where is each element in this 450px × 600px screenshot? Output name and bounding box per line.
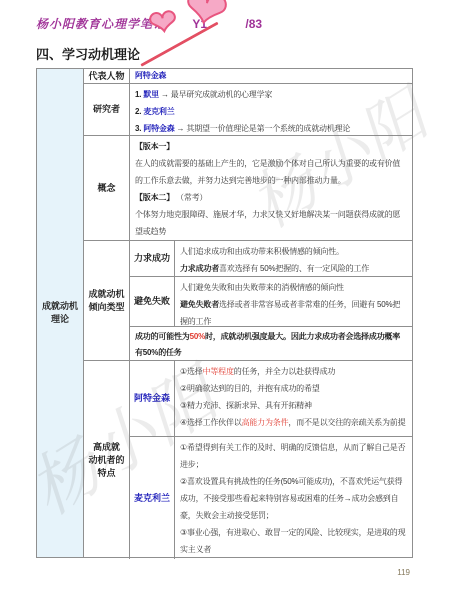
researcher-number: 2. <box>135 107 141 116</box>
mcclelland-item: ③事业心强，有进取心、敢冒一定的风险、比较现实，是进取的现实主义者 <box>180 524 407 558</box>
success-label: 力求成功 <box>130 241 175 276</box>
researcher-item: 1. 默里 → 最早研究成就动机的心理学家 <box>135 86 407 103</box>
table-row-concept: 概念 【版本一】 在人的成就需要的基础上产生的，它是激励个体对自己所认为重要的或… <box>84 136 412 241</box>
mcclelland-label: 麦克利兰 <box>130 437 175 559</box>
researcher-desc: 最早研究成就动机的心理学家 <box>171 90 272 99</box>
item-text: ④选择工作伙伴以 <box>180 418 242 427</box>
researcher-name: 默里 <box>143 90 159 99</box>
item-red-text: 高能力为条件 <box>242 418 289 427</box>
atkinson-cell: ①选择中等程度的任务，并全力以赴获得成功 ②明确欲达到的目的，并抱有成功的希望 … <box>175 361 412 436</box>
tendency-success-row: 力求成功 人们追求成功和由成功带来积极情感的倾向性。 力求成功者喜欢选择有 50… <box>130 241 412 277</box>
representative-label: 代表人物 <box>84 69 130 83</box>
notebook-title: 杨小阳教育心理学笔记 <box>36 17 166 31</box>
failure-line1: 人们避免失败和由失败带来的消极情感的倾向性 <box>180 279 407 296</box>
table-topic-cell: 成就动机 理论 <box>37 69 84 557</box>
item-red-text: 中等程度 <box>203 367 234 376</box>
failure-bold-term: 避免失败者 <box>180 300 219 309</box>
researcher-name: 麦克利兰 <box>143 107 174 116</box>
table-row-tendency: 成就动机 倾向类型 力求成功 人们追求成功和由成功带来积极情感的倾向性。 力求成… <box>84 241 412 361</box>
success-bold-term: 力求成功者 <box>180 264 219 273</box>
concept-version2-note: （常考） <box>176 193 207 202</box>
researcher-desc: 其期望一价值理论是第一个系统的成就动机理论 <box>186 124 350 133</box>
representative-value: 阿特金森 <box>135 71 166 80</box>
researcher-item: 2. 麦克利兰 <box>135 103 407 120</box>
success-cell: 人们追求成功和由成功带来积极情感的倾向性。 力求成功者喜欢选择有 50%把握的、… <box>175 241 412 276</box>
researchers-cell: 1. 默里 → 最早研究成就动机的心理学家 2. 麦克利兰 3. 阿特金森 → … <box>130 84 412 135</box>
success-rest: 喜欢选择有 50%把握的、有一定风险的工作 <box>219 264 369 273</box>
mcclelland-item: ①希望得到有关工作的及时、明确的反馈信息，从而了解自己是否进步； <box>180 439 407 473</box>
researchers-label: 研究者 <box>84 84 130 135</box>
atkinson-item: ③精力充沛、探新求异、具有开拓精神 <box>180 397 407 414</box>
researcher-name: 阿特金森 <box>143 124 174 133</box>
motivation-theory-table: 成就动机 理论 代表人物 阿特金森 研究者 1. 默里 → 最早研究成就动机的心… <box>36 68 413 558</box>
tendency-label: 成就动机 倾向类型 <box>84 241 130 360</box>
failure-cell: 人们避免失败和由失败带来的消极情感的倾向性 避免失败者选择或者非常容易或者非常难… <box>175 277 412 326</box>
failure-line2: 避免失败者选择或者非常容易或者非常难的任务，回避有 50%把握的工作 <box>180 296 407 326</box>
item-text: 的任务，并全力以赴获得成功 <box>234 367 335 376</box>
traits-atkinson-row: 阿特金森 ①选择中等程度的任务，并全力以赴获得成功 ②明确欲达到的目的，并抱有成… <box>130 361 412 437</box>
researcher-number: 3. <box>135 124 141 133</box>
concept-version1-tag: 【版本一】 <box>135 138 407 155</box>
item-text: ①选择 <box>180 367 203 376</box>
table-row-representative: 代表人物 阿特金森 <box>84 69 412 84</box>
section-title: 四、学习动机理论 <box>36 44 140 63</box>
mcclelland-item: ②喜欢设置具有挑战性的任务(50%可能成功)，不喜欢凭运气获得成功，不接受那些看… <box>180 473 407 524</box>
arrow-icon: → <box>177 124 185 133</box>
traits-label: 高成就 动机者的 特点 <box>84 361 130 559</box>
tendency-note-row: 成功的可能性为50%时，成就动机强度最大。因此力求成功者会选择成功概率有50%的… <box>130 327 412 359</box>
representative-value-cell: 阿特金森 <box>130 69 412 83</box>
atkinson-label: 阿特金森 <box>130 361 175 436</box>
traits-mcclelland-row: 麦克利兰 ①希望得到有关工作的及时、明确的反馈信息，从而了解自己是否进步； ②喜… <box>130 437 412 559</box>
scanned-notes-page: { "header": { "notebook_title": "杨小阳教育心理… <box>0 0 450 600</box>
concept-label: 概念 <box>84 136 130 240</box>
note-red-value: 50% <box>190 332 205 341</box>
atkinson-item: ②明确欲达到的目的，并抱有成功的希望 <box>180 380 407 397</box>
concept-cell: 【版本一】 在人的成就需要的基础上产生的，它是激励个体对自己所认为重要的或有价值… <box>130 136 412 240</box>
table-row-researchers: 研究者 1. 默里 → 最早研究成就动机的心理学家 2. 麦克利兰 3. 阿特金… <box>84 84 412 136</box>
concept-version2-tag: 【版本二】 <box>135 193 174 202</box>
concept-version2-tag-line: 【版本二】 （常考） <box>135 189 407 206</box>
concept-version2-text: 个体努力地克服障碍、施展才华，力求又快又好地解决某一问题获得成就的愿望或趋势 <box>135 206 407 240</box>
mcclelland-cell: ①希望得到有关工作的及时、明确的反馈信息，从而了解自己是否进步； ②喜欢设置具有… <box>175 437 412 559</box>
atkinson-item: ①选择中等程度的任务，并全力以赴获得成功 <box>180 363 407 380</box>
notebook-code-suffix: /83 <box>245 17 262 31</box>
failure-label: 避免失败 <box>130 277 175 326</box>
item-text: ，而不是以交往的亲疏关系为前提 <box>288 418 405 427</box>
success-line1: 人们追求成功和由成功带来积极情感的倾向性。 <box>180 243 407 260</box>
tendency-failure-row: 避免失败 人们避免失败和由失败带来的消极情感的倾向性 避免失败者选择或者非常容易… <box>130 277 412 327</box>
table-row-traits: 高成就 动机者的 特点 阿特金森 ①选择中等程度的任务，并全力以赴获得成功 ②明… <box>84 361 412 559</box>
researcher-number: 1. <box>135 90 141 99</box>
arrow-icon: → <box>161 90 169 99</box>
success-line2: 力求成功者喜欢选择有 50%把握的、有一定风险的工作 <box>180 260 407 276</box>
atkinson-item: ④选择工作伙伴以高能力为条件，而不是以交往的亲疏关系为前提 <box>180 414 407 431</box>
researcher-item: 3. 阿特金森 → 其期望一价值理论是第一个系统的成就动机理论 <box>135 120 407 135</box>
concept-version1-text: 在人的成就需要的基础上产生的，它是激励个体对自己所认为重要的或有价值的工作乐意去… <box>135 155 407 189</box>
note-part1: 成功的可能性为 <box>135 332 190 341</box>
page-number: 119 <box>397 568 410 577</box>
notebook-header: 杨小阳教育心理学笔记 Y1 /83 <box>36 15 262 32</box>
